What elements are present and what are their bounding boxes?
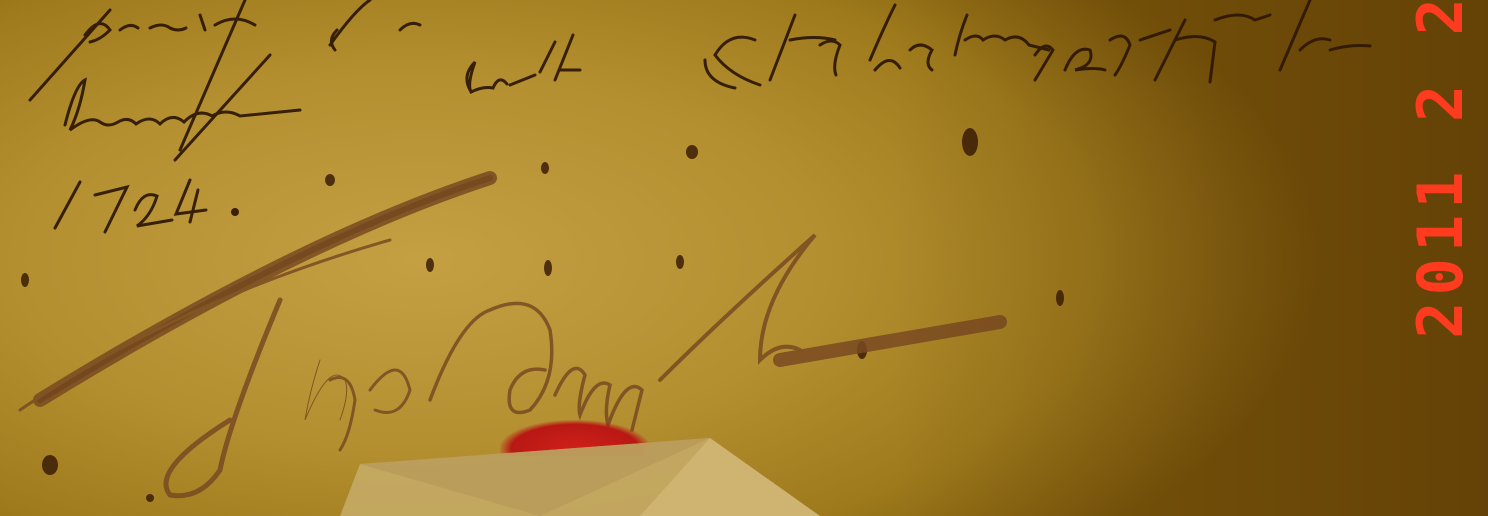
document-photo: ...Residentz, ... beskrifter cutit. Stoc… xyxy=(0,0,1488,516)
camera-date-stamp: 2011 2 2 xyxy=(1410,0,1470,330)
camera-date-stamp-text: 2011 2 2 xyxy=(1404,0,1477,338)
